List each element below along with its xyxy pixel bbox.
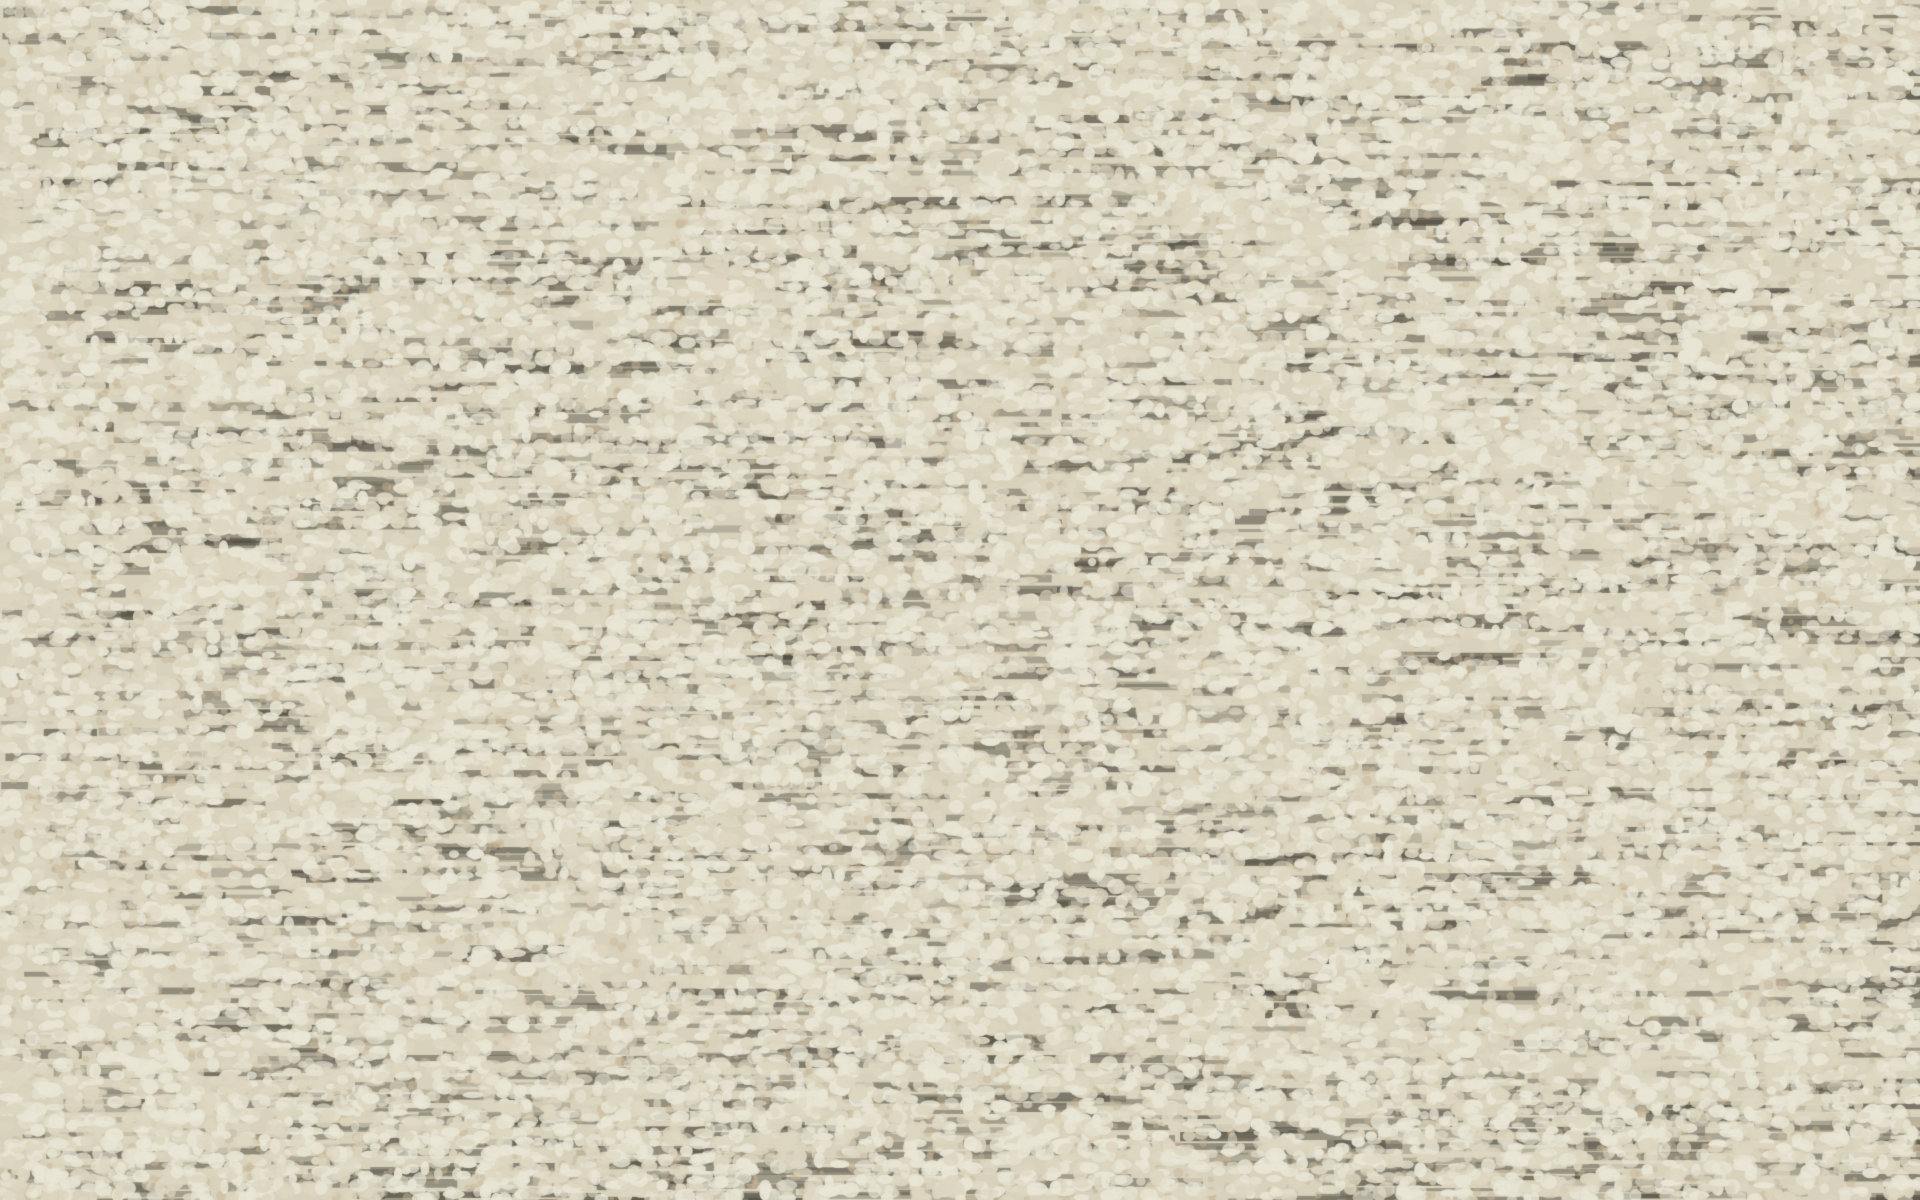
fabric-texture-canvas: [0, 0, 1920, 1200]
fabric-texture-photo: [0, 0, 1920, 1200]
